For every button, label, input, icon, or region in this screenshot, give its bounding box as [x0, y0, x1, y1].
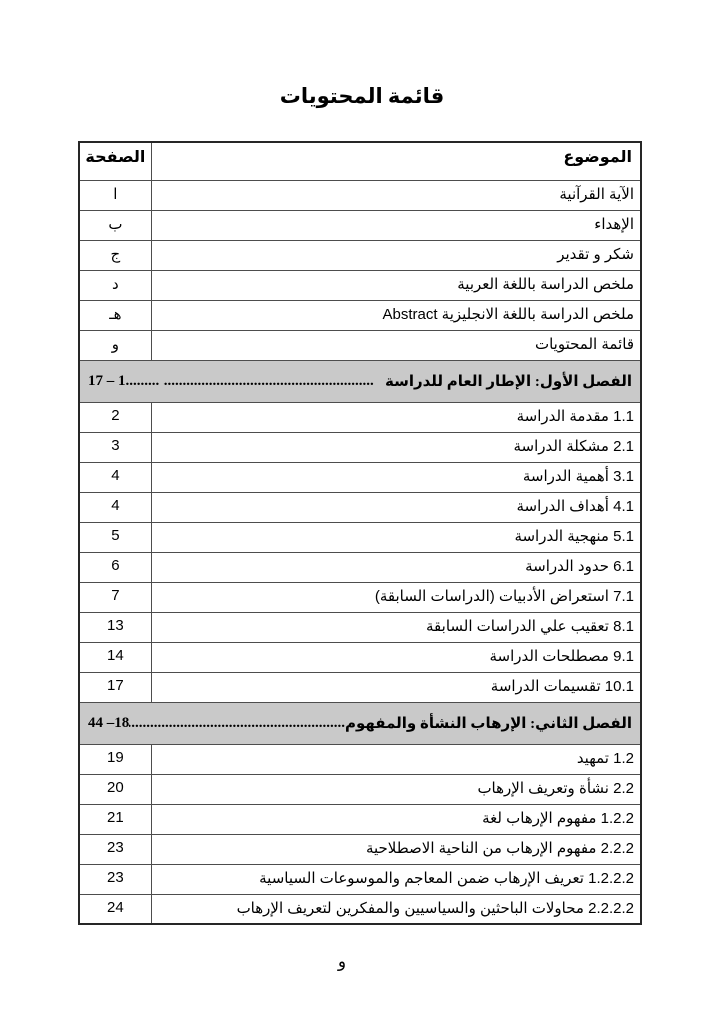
toc-row: الإهداءب: [79, 210, 641, 240]
toc-page-cell: هـ: [79, 300, 151, 330]
toc-subject-cell: 2.1 مشكلة الدراسة: [151, 432, 641, 462]
toc-row: 10.1 تقسيمات الدراسة17: [79, 672, 641, 702]
toc-row: 2.2.2.2 محاولات الباحثين والسياسيين والم…: [79, 894, 641, 924]
toc-page-cell: 21: [79, 804, 151, 834]
toc-page-cell: 24: [79, 894, 151, 924]
toc-subject-cell: 9.1 مصطلحات الدراسة: [151, 642, 641, 672]
toc-subject-cell: 2.2.2 مفهوم الإرهاب من الناحية الاصطلاحي…: [151, 834, 641, 864]
toc-header-row: الموضوع الصفحة: [79, 142, 641, 180]
toc-subject-cell: قائمة المحتويات: [151, 330, 641, 360]
toc-row: 2.1 مشكلة الدراسة3: [79, 432, 641, 462]
toc-subject-cell: ملخص الدراسة باللغة الانجليزية Abstract: [151, 300, 641, 330]
toc-chapter-page-range: 18– 44: [88, 715, 129, 732]
toc-page-cell: ا: [79, 180, 151, 210]
toc-row: 1.2.2 مفهوم الإرهاب لغة21: [79, 804, 641, 834]
toc-page-cell: 23: [79, 834, 151, 864]
toc-page-cell: 13: [79, 612, 151, 642]
toc-header-subject: الموضوع: [151, 142, 641, 180]
toc-chapter-cell: الفصل الأول: الإطار العام للدراسة ......…: [79, 360, 641, 402]
toc-subject-cell: الآية القرآنية: [151, 180, 641, 210]
toc-subject-cell: 1.1 مقدمة الدراسة: [151, 402, 641, 432]
toc-subject-cell: شكر و تقدير: [151, 240, 641, 270]
toc-row: 7.1 استعراض الأدبيات (الدراسات السابقة)7: [79, 582, 641, 612]
toc-page-cell: 2: [79, 402, 151, 432]
toc-chapter-page-range: .........1 – 17: [88, 373, 163, 390]
toc-page-cell: ب: [79, 210, 151, 240]
toc-page-cell: 19: [79, 744, 151, 774]
toc-subject-cell: 8.1 تعقيب علي الدراسات السابقة: [151, 612, 641, 642]
toc-subject-cell: 2.2 نشأة وتعريف الإرهاب: [151, 774, 641, 804]
toc-subject-cell: الإهداء: [151, 210, 641, 240]
toc-body: الآية القرآنيةاالإهداءبشكر و تقديرجملخص …: [79, 180, 641, 924]
toc-page-cell: 5: [79, 522, 151, 552]
toc-row: ملخص الدراسة باللغة العربيةد: [79, 270, 641, 300]
toc-page-cell: 20: [79, 774, 151, 804]
toc-row: 6.1 حدود الدراسة6: [79, 552, 641, 582]
toc-subject-cell: 6.1 حدود الدراسة: [151, 552, 641, 582]
toc-row: 1.2 تمهيد19: [79, 744, 641, 774]
toc-chapter-dots: ........................................…: [163, 373, 385, 390]
toc-row: 3.1 أهمية الدراسة4: [79, 462, 641, 492]
toc-row: 4.1 أهداف الدراسة4: [79, 492, 641, 522]
toc-row: 1.2.2.2 تعريف الإرهاب ضمن المعاجم والموس…: [79, 864, 641, 894]
toc-chapter-row: الفصل الأول: الإطار العام للدراسة ......…: [79, 360, 641, 402]
toc-row: 2.2 نشأة وتعريف الإرهاب20: [79, 774, 641, 804]
toc-page-cell: 7: [79, 582, 151, 612]
toc-page-cell: 4: [79, 462, 151, 492]
toc-row: الآية القرآنيةا: [79, 180, 641, 210]
toc-row: 9.1 مصطلحات الدراسة14: [79, 642, 641, 672]
toc-subject-cell: 1.2.2.2 تعريف الإرهاب ضمن المعاجم والموس…: [151, 864, 641, 894]
toc-page-cell: 4: [79, 492, 151, 522]
toc-header-page: الصفحة: [79, 142, 151, 180]
toc-page-cell: 14: [79, 642, 151, 672]
toc-row: قائمة المحتوياتو: [79, 330, 641, 360]
toc-subject-cell: 7.1 استعراض الأدبيات (الدراسات السابقة): [151, 582, 641, 612]
toc-row: 2.2.2 مفهوم الإرهاب من الناحية الاصطلاحي…: [79, 834, 641, 864]
toc-subject-cell: 1.2 تمهيد: [151, 744, 641, 774]
toc-page-cell: 6: [79, 552, 151, 582]
toc-subject-cell: ملخص الدراسة باللغة العربية: [151, 270, 641, 300]
toc-row: 5.1 منهجية الدراسة5: [79, 522, 641, 552]
toc-chapter-dots: ........................................…: [129, 715, 345, 732]
toc-row: 1.1 مقدمة الدراسة2: [79, 402, 641, 432]
toc-page-cell: و: [79, 330, 151, 360]
toc-subject-cell: 3.1 أهمية الدراسة: [151, 462, 641, 492]
toc-subject-cell: 10.1 تقسيمات الدراسة: [151, 672, 641, 702]
toc-row: شكر و تقديرج: [79, 240, 641, 270]
toc-chapter-row: الفصل الثاني: الإرهاب النشأة والمفهوم...…: [79, 702, 641, 744]
toc-chapter-title: الفصل الثاني: الإرهاب النشأة والمفهوم: [345, 714, 632, 733]
toc-subject-cell: 2.2.2.2 محاولات الباحثين والسياسيين والم…: [151, 894, 641, 924]
toc-page-cell: 23: [79, 864, 151, 894]
page-title: قائمة المحتويات: [0, 84, 724, 109]
toc-chapter-title: الفصل الأول: الإطار العام للدراسة: [385, 372, 632, 391]
toc-table: الموضوع الصفحة الآية القرآنيةاالإهداءبشك…: [78, 141, 642, 925]
toc-chapter-cell: الفصل الثاني: الإرهاب النشأة والمفهوم...…: [79, 702, 641, 744]
toc-row: ملخص الدراسة باللغة الانجليزية Abstractه…: [79, 300, 641, 330]
toc-subject-cell: 4.1 أهداف الدراسة: [151, 492, 641, 522]
page-number-footer: و: [0, 952, 684, 972]
toc-page-cell: ج: [79, 240, 151, 270]
toc-page-cell: د: [79, 270, 151, 300]
document-page: { "page": { "title": "قائمة المحتويات", …: [0, 0, 724, 1024]
toc-row: 8.1 تعقيب علي الدراسات السابقة13: [79, 612, 641, 642]
toc-subject-cell: 1.2.2 مفهوم الإرهاب لغة: [151, 804, 641, 834]
toc-subject-cell: 5.1 منهجية الدراسة: [151, 522, 641, 552]
toc-page-cell: 3: [79, 432, 151, 462]
toc-page-cell: 17: [79, 672, 151, 702]
